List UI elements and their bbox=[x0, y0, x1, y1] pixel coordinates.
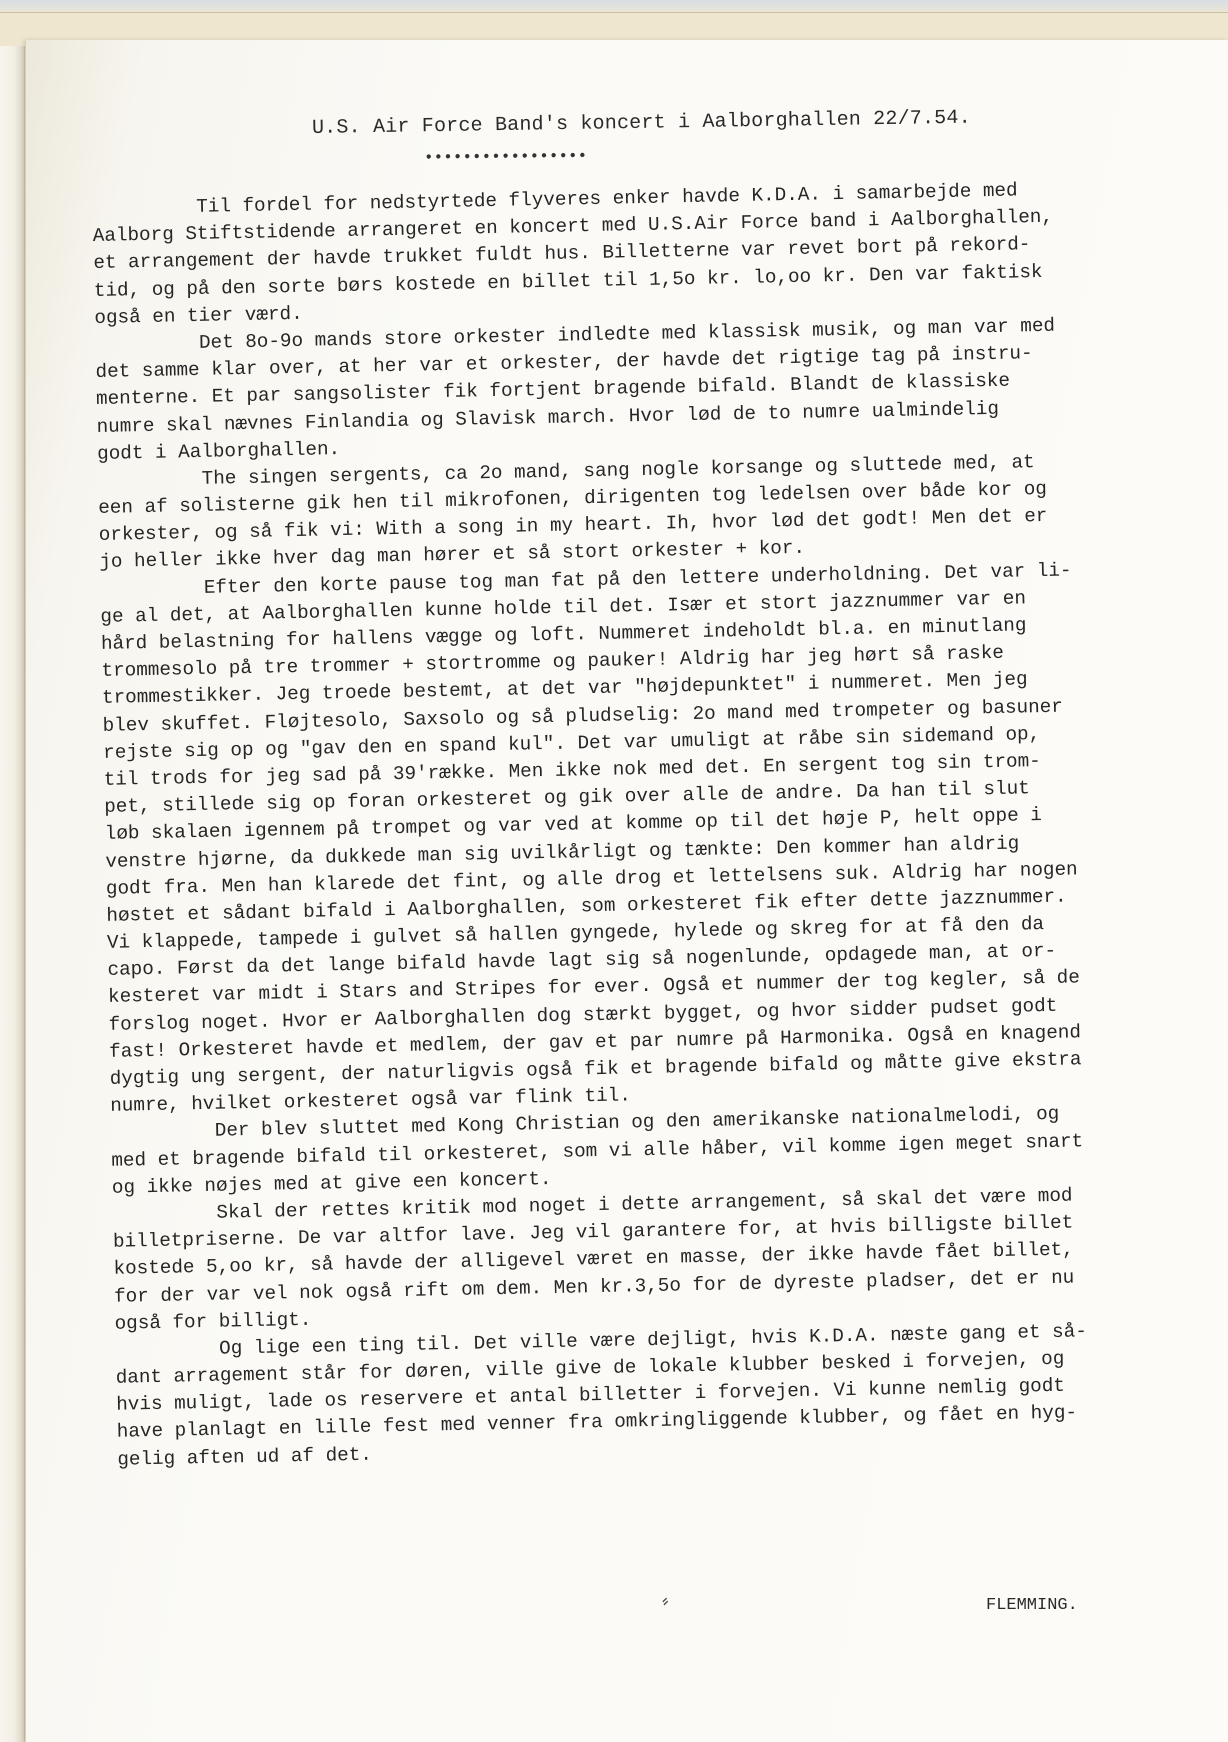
author-signature: FLEMMING. bbox=[986, 1596, 1078, 1615]
document-body: Til fordel for nedstyrtede flyveres enke… bbox=[92, 173, 1228, 1473]
title-underline-dots: ••••••••••••••••• bbox=[424, 147, 587, 167]
binder-edge bbox=[0, 46, 25, 1742]
paragraph: Efter den korte pause tog man fat på den… bbox=[100, 554, 1228, 1120]
paragraph: Det 8o-9o mands store orkester indledte … bbox=[95, 309, 1228, 468]
paragraph: Til fordel for nedstyrtede flyveres enke… bbox=[92, 173, 1225, 332]
paragraph: Skal der rettes kritik mod noget i dette… bbox=[112, 1179, 1228, 1338]
paragraph: Og lige een ting til. Det ville være dej… bbox=[115, 1315, 1228, 1474]
